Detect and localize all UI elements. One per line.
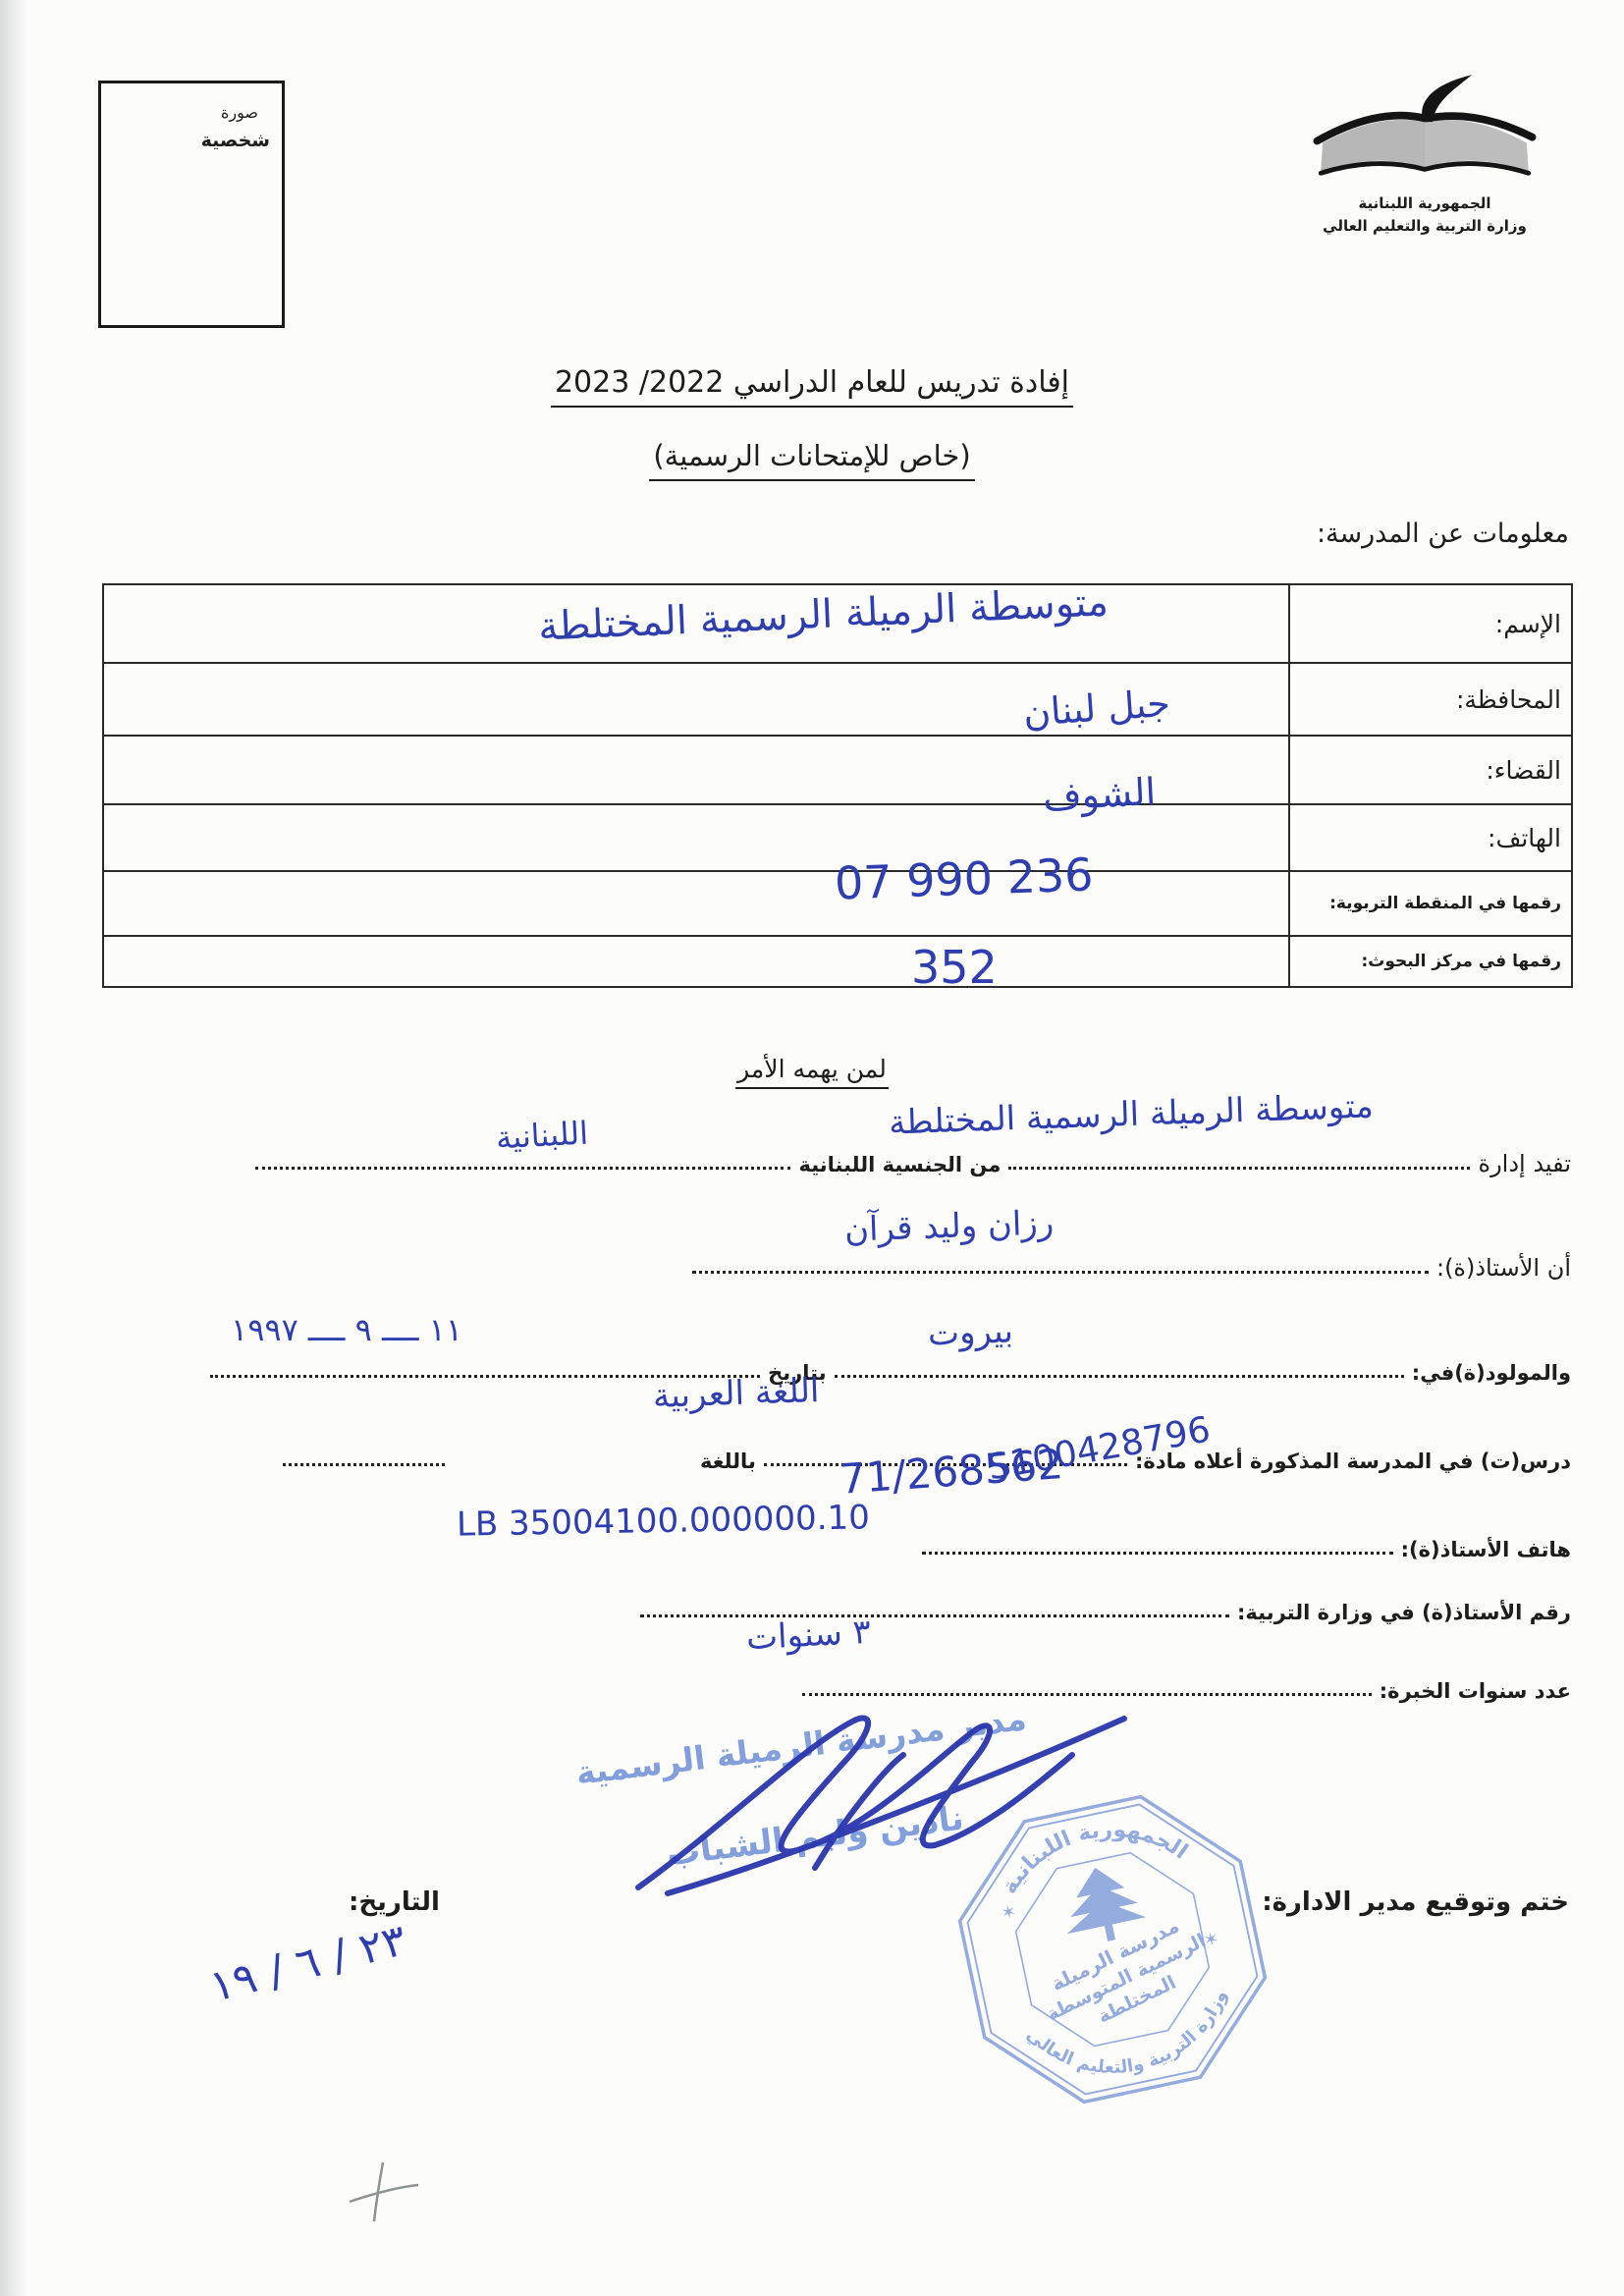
document-subtitle: (خاص للإمتحانات الرسمية) bbox=[649, 439, 974, 481]
handwritten-governorate: جبل لبنان bbox=[1022, 684, 1171, 732]
dotted-blank bbox=[1008, 1149, 1470, 1170]
body-line-2: أن الأستاذ(ة): bbox=[689, 1253, 1571, 1282]
line5-prefix: هاتف الأستاذ(ة): bbox=[1401, 1538, 1571, 1561]
date-label: التاريخ: bbox=[349, 1887, 440, 1917]
body-line-7: عدد سنوات الخبرة: bbox=[799, 1675, 1571, 1703]
seal-star-right: ✶ bbox=[1202, 1929, 1220, 1952]
dotted-blank bbox=[210, 1357, 760, 1378]
table-label-phone: الهاتف: bbox=[1288, 805, 1571, 870]
school-info-table: الإسم: المحافظة: القضاء: الهاتف: رقمها ف… bbox=[102, 583, 1573, 988]
handwritten-phone: 07 990 236 bbox=[834, 851, 1094, 905]
pencil-cross-mark bbox=[344, 2157, 424, 2227]
table-value-zone-number bbox=[104, 872, 1288, 935]
logo-ministry-line: وزارة التربية والتعليم العالي bbox=[1255, 215, 1595, 238]
table-label-district: القضاء: bbox=[1288, 737, 1571, 803]
seal-and-signature-label: ختم وتوقيع مدير الادارة: bbox=[1262, 1887, 1569, 1917]
table-label-name: الإسم: bbox=[1288, 585, 1571, 662]
dotted-blank bbox=[283, 1446, 445, 1466]
to-whom-row: لمن يهمه الأمر bbox=[0, 1055, 1624, 1089]
table-row: القضاء: bbox=[104, 737, 1571, 805]
handwritten-district: الشوف bbox=[1042, 773, 1157, 816]
seal-star-left: ✶ bbox=[1000, 1901, 1018, 1925]
dotted-blank bbox=[802, 1675, 1372, 1696]
dotted-blank bbox=[692, 1253, 1429, 1274]
handwritten-school-name-body: متوسطة الرميلة الرسمية المختلطة bbox=[889, 1089, 1375, 1139]
table-row: المحافظة: bbox=[104, 664, 1571, 737]
handwritten-subject: اللغة العربية bbox=[652, 1374, 820, 1413]
handwritten-experience-years: ٣ سنوات bbox=[745, 1615, 871, 1656]
line1-prefix: تفيد إدارة bbox=[1479, 1150, 1571, 1177]
line4-prefix: درس(ت) في المدرسة المذكورة أعلاه مادة: bbox=[1135, 1449, 1571, 1473]
line3-prefix: والمولود(ة)في: bbox=[1412, 1361, 1571, 1385]
document-title-row: إفادة تدريس للعام الدراسي 2022/ 2023 bbox=[0, 365, 1624, 408]
personal-photo-box: صورة شخصية bbox=[98, 81, 285, 328]
table-label-research-number: رقمها في مركز البحوث: bbox=[1288, 937, 1571, 986]
official-octagon-seal: الجمهورية اللبنانية وزارة التربية والتعل… bbox=[941, 1787, 1286, 2115]
school-info-heading: معلومات عن المدرسة: bbox=[1317, 519, 1569, 549]
table-row: رقمها في مركز البحوث: bbox=[104, 937, 1571, 986]
line6-prefix: رقم الأستاذ(ة) في وزارة التربية: bbox=[1237, 1601, 1571, 1624]
photo-box-word-2: شخصية bbox=[101, 130, 270, 151]
to-whom-heading: لمن يهمه الأمر bbox=[735, 1055, 889, 1089]
handwritten-registration-number: LB 35004100.000000.10 bbox=[457, 1501, 870, 1541]
ministry-logo: الجمهورية اللبنانية وزارة التربية والتعل… bbox=[1255, 73, 1595, 239]
photo-box-word-1: صورة bbox=[101, 103, 258, 122]
table-value-research-number bbox=[104, 937, 1288, 986]
body-line-3: والمولود(ة)في: بتاريخ bbox=[207, 1357, 1571, 1385]
handwritten-nationality: اللبنانية bbox=[495, 1118, 589, 1154]
handwritten-registration-number-suffix: S100428796 bbox=[986, 1412, 1214, 1486]
logo-republic-line: الجمهورية اللبنانية bbox=[1255, 192, 1595, 215]
handwritten-birthdate: ١١ ــــ ٩ ــــ ١٩٩٧ bbox=[231, 1314, 462, 1345]
handwritten-birthplace: بيروت bbox=[927, 1314, 1013, 1350]
line4-suffix: باللغة bbox=[700, 1449, 756, 1473]
line7-prefix: عدد سنوات الخبرة: bbox=[1380, 1679, 1571, 1703]
handwritten-date: ٢٣ / ٦ / ١٩ bbox=[206, 1919, 410, 2009]
open-book-logo-icon bbox=[1302, 73, 1547, 189]
dotted-blank bbox=[835, 1357, 1404, 1378]
table-label-governorate: المحافظة: bbox=[1288, 664, 1571, 735]
line2-prefix: أن الأستاذ(ة): bbox=[1436, 1254, 1571, 1282]
body-line-5: هاتف الأستاذ(ة): bbox=[919, 1534, 1571, 1561]
dotted-blank bbox=[640, 1597, 1229, 1617]
document-subtitle-row: (خاص للإمتحانات الرسمية) bbox=[0, 439, 1624, 481]
scanned-document-page: صورة شخصية الجمهورية اللبنانية وزارة الت… bbox=[0, 0, 1624, 2296]
table-label-zone-number: رقمها في المنقطة التربوية: bbox=[1288, 872, 1571, 935]
dotted-blank bbox=[922, 1534, 1393, 1555]
handwritten-zone-number: 352 bbox=[911, 945, 998, 990]
handwritten-teacher-name: رزان وليد قرآن bbox=[843, 1206, 1054, 1246]
line1-mid: من الجنسية اللبنانية bbox=[798, 1153, 1001, 1176]
body-line-1: تفيد إدارة من الجنسية اللبنانية bbox=[252, 1149, 1571, 1177]
scan-edge-shadow bbox=[0, 0, 29, 2296]
document-title: إفادة تدريس للعام الدراسي 2022/ 2023 bbox=[551, 365, 1073, 408]
